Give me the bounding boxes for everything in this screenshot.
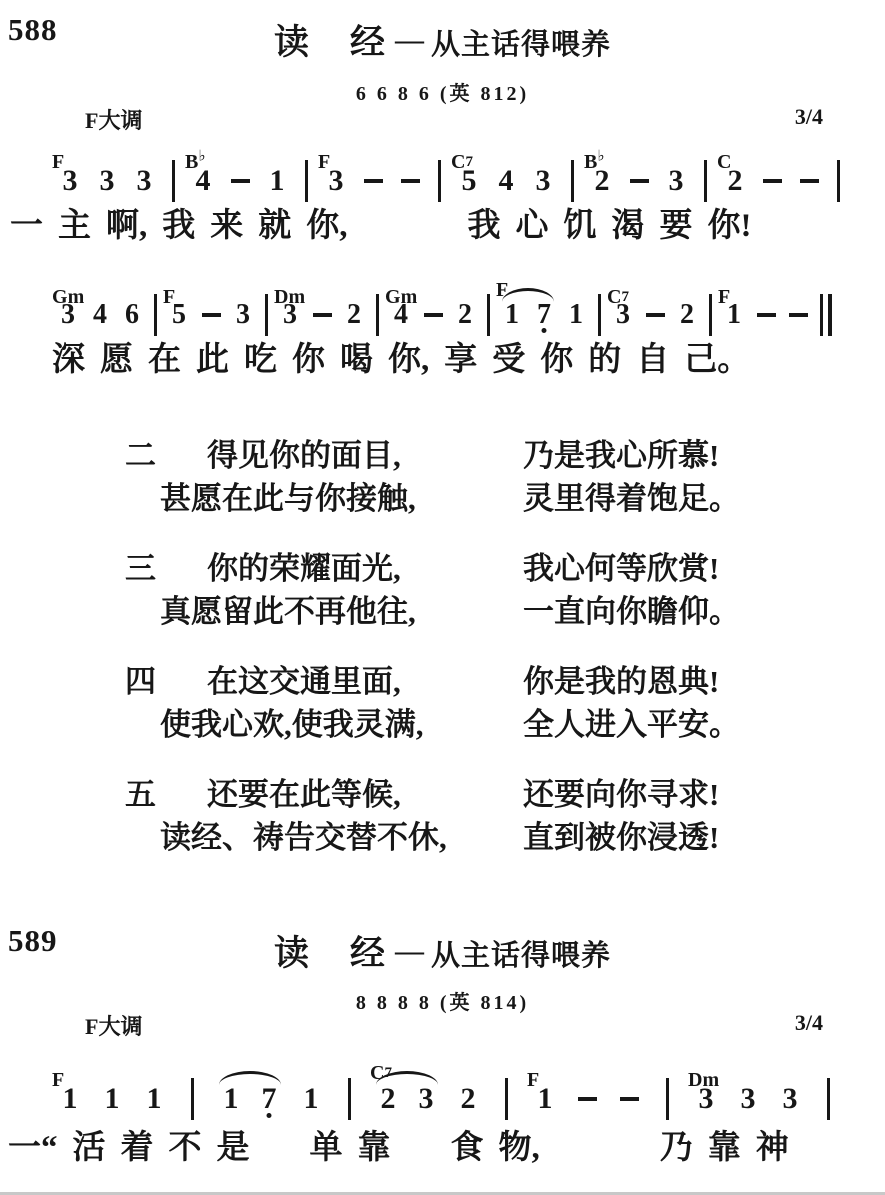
note: 1 [563, 301, 589, 329]
dash-line [313, 313, 332, 317]
lyric-syllable: 你, [388, 340, 429, 381]
note: 3 [230, 301, 256, 329]
verse-line: 甚愿在此与你接触,灵里得着饱足。 [0, 479, 885, 522]
chord-label: C [717, 152, 731, 172]
verse: 四在这交通里面,你是我的恩典!使我心欢,使我灵满,全人进入平安。 [0, 662, 885, 748]
title-dash: — [395, 935, 424, 967]
lyric-syllable: 食 [451, 1128, 484, 1169]
barline [827, 1078, 830, 1120]
chord-label: F [496, 280, 508, 300]
note: 3 [411, 1084, 441, 1114]
lyric-syllable: 你 [292, 340, 325, 381]
chord-label: F [52, 152, 64, 172]
lyric-syllable: 是 [217, 1128, 250, 1169]
note: 2 [674, 301, 700, 329]
lyric-syllable: 神 [756, 1128, 789, 1169]
hymn-title-category: 读 经 [274, 23, 388, 62]
lyric-gap [406, 1128, 436, 1130]
music-line: 1F1117123C721F3Dm33 [55, 1076, 840, 1122]
dash-continuation [642, 313, 668, 317]
chord-label: F [318, 152, 330, 172]
lyric-syllable: 不 [169, 1128, 202, 1169]
verse-text: 在这交通里面, [207, 662, 401, 702]
lyric-syllable: 此 [196, 340, 229, 381]
chord-extension: 7 [465, 154, 473, 170]
hymn-title-subtitle: 从主话得喂养 [431, 29, 611, 61]
verse-number: 二 [125, 436, 156, 476]
dash-line [401, 179, 420, 183]
title-dash: — [395, 24, 424, 56]
barline [438, 160, 441, 202]
lyric-syllable: 啊, [106, 206, 147, 247]
barline [704, 160, 707, 202]
dash-line [424, 313, 443, 317]
chord-label: Dm [688, 1070, 719, 1090]
dash-line [757, 313, 776, 317]
verse-number: 四 [125, 662, 156, 702]
note: 2C [720, 166, 750, 196]
lyric-syllable: 我 [162, 206, 195, 247]
slur-group: 17F [499, 301, 557, 329]
lyric-syllable: 吃 [244, 340, 277, 381]
note: 7 [531, 301, 557, 329]
lyric-syllable: 在 [148, 340, 181, 381]
dash-line [800, 179, 819, 183]
chord-extension: 7 [384, 1065, 392, 1081]
final-double-barline [820, 294, 832, 336]
note: 3 [733, 1084, 763, 1114]
lyric-syllable: 愿 [100, 340, 133, 381]
dash-continuation [614, 1097, 644, 1101]
verse: 五还要在此等候,还要向你寻求!读经、祷告交替不休,直到被你浸透! [0, 775, 885, 861]
lyric-syllable: 喝 [340, 340, 373, 381]
dash-line [231, 179, 250, 183]
verse-text: 使我心欢,使我灵满, [160, 705, 424, 745]
barline [571, 160, 574, 202]
lyric-syllable: 你! [708, 206, 752, 247]
verse-text: 乃是我心所慕! [523, 436, 719, 476]
lyric-line: 一“活着不是单靠食物,乃靠神 [8, 1128, 789, 1169]
barline [348, 1078, 351, 1120]
music-line: 3Gm465F33Dm24Gm217F13C721F [55, 292, 835, 338]
lyric-syllable: 靠 [358, 1128, 391, 1169]
verse-line: 三你的荣耀面光,我心何等欣赏! [0, 549, 885, 592]
lyric-syllable: 来 [210, 206, 243, 247]
note: 5C7 [454, 166, 484, 196]
key-time-row: F大调 3/4 [85, 1010, 823, 1041]
note: 1 [139, 1084, 169, 1114]
lyric-syllable: 享 [444, 340, 477, 381]
lyric-syllable: 一 [10, 206, 43, 247]
lyric-syllable: 就 [258, 206, 291, 247]
barline [837, 160, 840, 202]
note: 2B♭ [587, 166, 617, 196]
note: 5F [166, 301, 192, 329]
verse-text: 你是我的恩典! [523, 662, 719, 702]
verse-text: 我心何等欣赏! [523, 549, 719, 589]
chord-label: B♭ [185, 152, 205, 172]
lyric-syllable: 的 [588, 340, 621, 381]
lyric-syllable: 己。 [684, 340, 750, 381]
dash-line [578, 1097, 597, 1101]
chord-label: Dm [274, 287, 305, 307]
dash-line [630, 179, 649, 183]
lyric-syllable: 单 [310, 1128, 343, 1169]
barline [505, 1078, 508, 1120]
verse-text: 灵里得着饱足。 [523, 479, 740, 519]
note: 4Gm [388, 301, 414, 329]
lyric-gap [265, 1128, 295, 1130]
low-octave-dot [267, 1113, 272, 1118]
lyric-syllable: 活 [73, 1128, 106, 1169]
dash-line [789, 313, 808, 317]
key-signature: F大调 [85, 1010, 142, 1041]
verse-line: 四在这交通里面,你是我的恩典! [0, 662, 885, 705]
dash-continuation [753, 313, 779, 317]
lyric-syllable: 心 [516, 206, 549, 247]
lyric-syllable: 饥 [564, 206, 597, 247]
barline [154, 294, 157, 336]
note: 2 [341, 301, 367, 329]
note: 1 [216, 1084, 246, 1114]
verse-text: 你的荣耀面光, [207, 549, 401, 589]
note: 2 [452, 301, 478, 329]
note: 1 [262, 166, 292, 196]
dash-continuation [757, 179, 787, 183]
dash-continuation [225, 179, 255, 183]
lyric-syllable: 我 [468, 206, 501, 247]
chord-label: F [52, 1070, 64, 1090]
slur-group: 17 [216, 1084, 284, 1114]
barline [376, 294, 379, 336]
note: 3 [528, 166, 558, 196]
chord-label: F [718, 287, 730, 307]
barline [305, 160, 308, 202]
note: 2 [453, 1084, 483, 1114]
verse-line: 读经、祷告交替不休,直到被你浸透! [0, 818, 885, 861]
dash-continuation [572, 1097, 602, 1101]
slur-group: 23C7 [373, 1084, 441, 1114]
lyric-gap [555, 1128, 645, 1130]
note: 3 [129, 166, 159, 196]
barline [709, 294, 712, 336]
note: 3F [55, 166, 85, 196]
verse-text: 甚愿在此与你接触, [160, 479, 416, 519]
verse-line: 使我心欢,使我灵满,全人进入平安。 [0, 705, 885, 748]
note: 1F [721, 301, 747, 329]
dash-continuation [794, 179, 824, 183]
hymn-title-subtitle: 从主话得喂养 [431, 940, 611, 972]
dash-continuation [420, 313, 446, 317]
lyric-syllable: 你, [306, 206, 347, 247]
note: 4 [87, 301, 113, 329]
lyric-syllable: 要 [660, 206, 693, 247]
key-time-row: F大调 3/4 [85, 104, 823, 135]
verses-block: 二得见你的面目,乃是我心所慕!甚愿在此与你接触,灵里得着饱足。三你的荣耀面光,我… [0, 436, 885, 888]
note: 3Dm [277, 301, 303, 329]
lyric-syllable: 靠 [708, 1128, 741, 1169]
hymnal-page: 588 读 经—从主话得喂养 6 6 8 6 (英 812) F大调 3/4 3… [0, 0, 885, 1195]
note: 3 [92, 166, 122, 196]
verse-text: 还要向你寻求! [523, 775, 719, 815]
flat-sign: ♭ [198, 148, 205, 164]
dash-continuation [624, 179, 654, 183]
hymn-title: 读 经—从主话得喂养 [0, 926, 885, 976]
dash-line [763, 179, 782, 183]
verse-number: 五 [125, 775, 156, 815]
barline [666, 1078, 669, 1120]
time-signature: 3/4 [795, 1010, 823, 1041]
dash-continuation [358, 179, 388, 183]
barline [172, 160, 175, 202]
hymn-meter: 6 6 8 6 (英 812) [0, 77, 885, 106]
dash-line [620, 1097, 639, 1101]
lyric-line: 一主啊,我来就你,我心饥渴要你! [10, 206, 752, 247]
verse-text: 得见你的面目, [207, 436, 401, 476]
low-octave-dot [542, 328, 547, 333]
chord-extension: 7 [621, 289, 629, 305]
dash-continuation [198, 313, 224, 317]
note: 3 [775, 1084, 805, 1114]
chord-label: F [527, 1070, 539, 1090]
lyric-gap [363, 206, 453, 208]
note: 3F [321, 166, 351, 196]
chord-label: C7 [370, 1063, 392, 1083]
barline [487, 294, 490, 336]
dash-continuation [785, 313, 811, 317]
chord-label: C7 [607, 287, 629, 307]
chord-label: B♭ [584, 152, 604, 172]
flat-sign: ♭ [597, 148, 604, 164]
verse-line: 五还要在此等候,还要向你寻求! [0, 775, 885, 818]
dash-continuation [395, 179, 425, 183]
lyric-syllable: 乃 [660, 1128, 693, 1169]
dash-line [202, 313, 221, 317]
verse-number: 三 [125, 549, 156, 589]
note: 1 [296, 1084, 326, 1114]
verse-text: 真愿留此不再他往, [160, 592, 416, 632]
verse-line: 真愿留此不再他往,一直向你瞻仰。 [0, 592, 885, 635]
note: 1 [499, 301, 525, 329]
note: 4B♭ [188, 166, 218, 196]
music-line: 3F334B♭13F5C7432B♭32C [55, 158, 846, 204]
chord-label: C7 [451, 152, 473, 172]
note: 3Dm [691, 1084, 721, 1114]
lyric-syllable: 主 [58, 206, 91, 247]
lyric-syllable: 深 [52, 340, 85, 381]
lyric-syllable: 一“ [8, 1128, 58, 1169]
barline [265, 294, 268, 336]
verse-text: 一直向你瞻仰。 [523, 592, 740, 632]
time-signature: 3/4 [795, 104, 823, 135]
note: 7 [254, 1084, 284, 1114]
lyric-syllable: 着 [121, 1128, 154, 1169]
lyric-syllable: 受 [492, 340, 525, 381]
note: 1F [530, 1084, 560, 1114]
verse-text: 全人进入平安。 [523, 705, 740, 745]
note: 1 [97, 1084, 127, 1114]
note: 3 [661, 166, 691, 196]
verse-line: 二得见你的面目,乃是我心所慕! [0, 436, 885, 479]
verse: 三你的荣耀面光,我心何等欣赏!真愿留此不再他往,一直向你瞻仰。 [0, 549, 885, 635]
note: 3C7 [610, 301, 636, 329]
note: 1F [55, 1084, 85, 1114]
verse-text: 直到被你浸透! [523, 818, 719, 858]
hymn-title-category: 读 经 [274, 934, 388, 973]
dash-continuation [309, 313, 335, 317]
verse-text: 还要在此等候, [207, 775, 401, 815]
note: 2 [373, 1084, 403, 1114]
chord-label: F [163, 287, 175, 307]
dash-line [364, 179, 383, 183]
lyric-syllable: 渴 [612, 206, 645, 247]
verse: 二得见你的面目,乃是我心所慕!甚愿在此与你接触,灵里得着饱足。 [0, 436, 885, 522]
note: 6 [119, 301, 145, 329]
dash-line [646, 313, 665, 317]
hymn-title: 读 经—从主话得喂养 [0, 15, 885, 65]
lyric-syllable: 你 [540, 340, 573, 381]
lyric-syllable: 自 [636, 340, 669, 381]
barline [191, 1078, 194, 1120]
note: 3Gm [55, 301, 81, 329]
chord-label: Gm [385, 287, 417, 307]
barline [598, 294, 601, 336]
verse-text: 读经、祷告交替不休, [160, 818, 447, 858]
key-signature: F大调 [85, 104, 142, 135]
lyric-syllable: 物, [499, 1128, 540, 1169]
lyric-line: 深愿在此吃你喝你,享受你的自己。 [52, 340, 750, 381]
chord-label: Gm [52, 287, 84, 307]
note: 4 [491, 166, 521, 196]
